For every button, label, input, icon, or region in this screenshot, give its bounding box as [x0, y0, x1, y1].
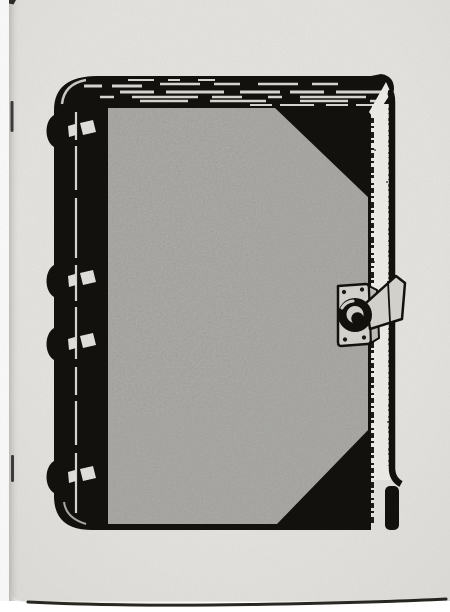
book-illustration-scan: scanned booklet page [0, 0, 450, 612]
scan-grain-overlay [0, 0, 450, 601]
scanned-page: scanned booklet page [0, 0, 450, 612]
